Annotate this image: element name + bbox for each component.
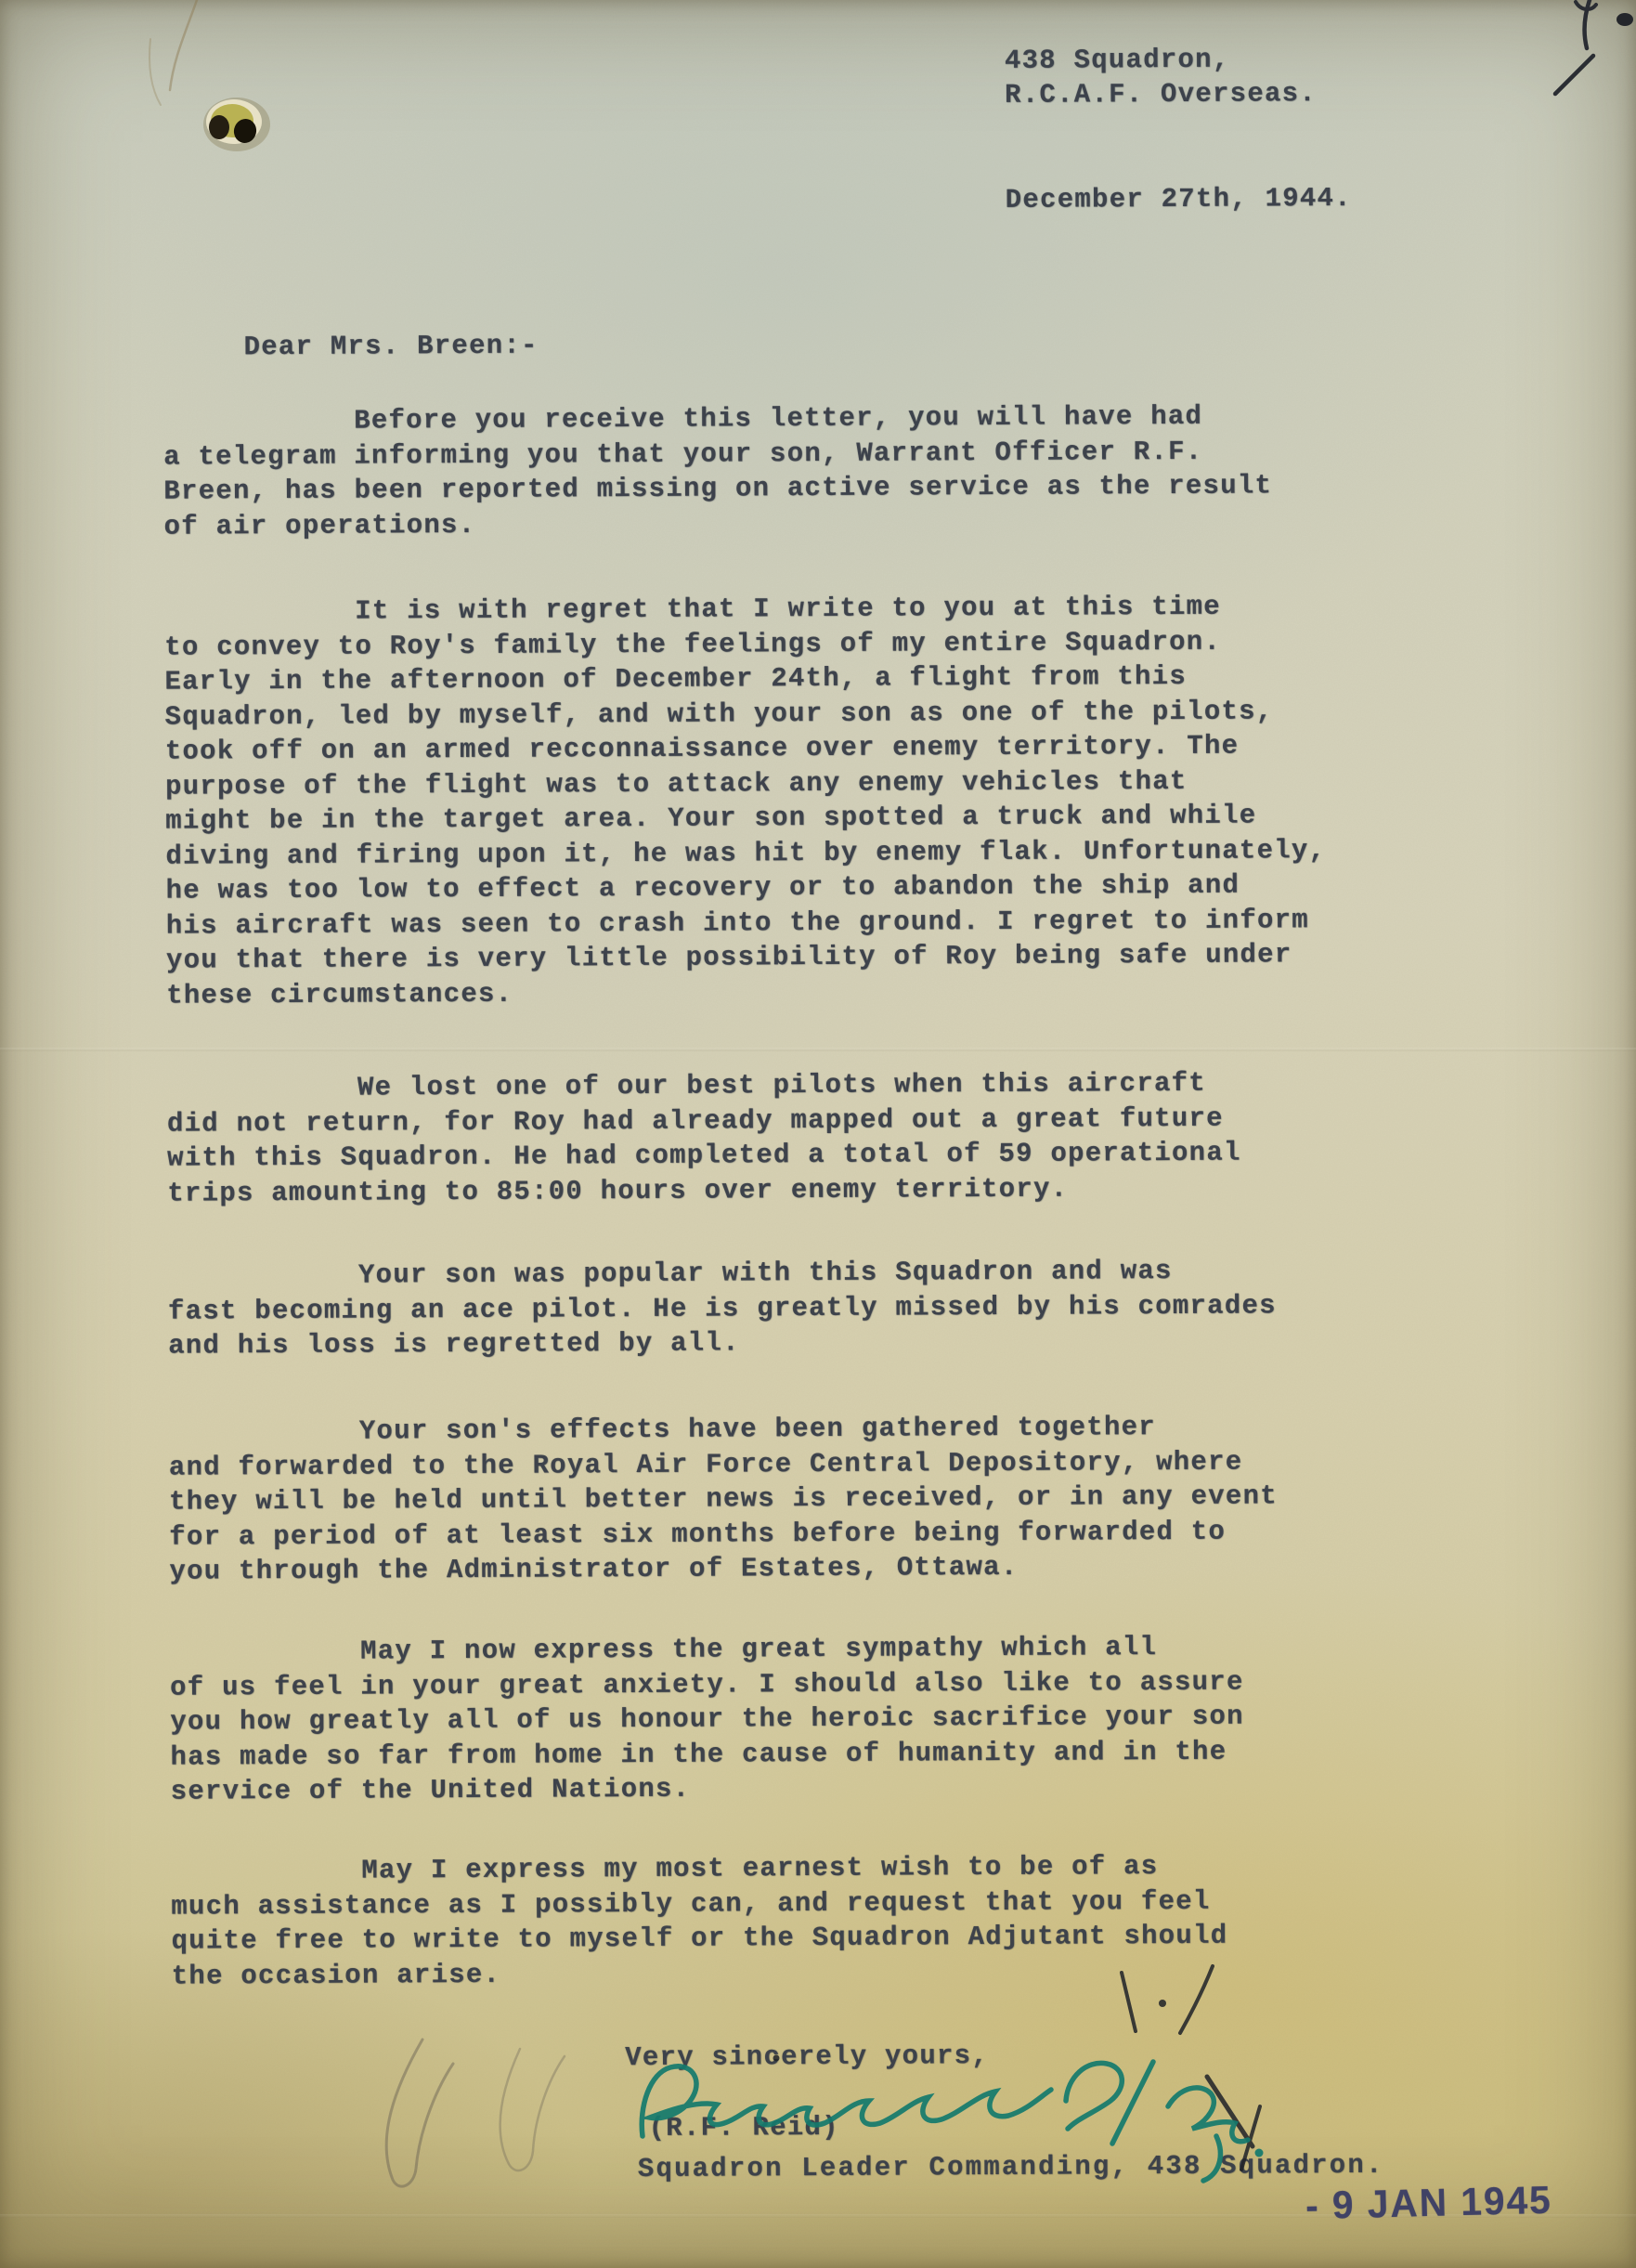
body-paragraph-4: Your son was popular with this Squadron …: [168, 1253, 1277, 1363]
received-date-stamp: - 9 JAN 1945: [1305, 2178, 1553, 2228]
body-paragraph-5: Your son's effects have been gathered to…: [169, 1409, 1279, 1589]
body-paragraph-6: May I now express the great sympathy whi…: [170, 1630, 1244, 1810]
body-paragraph-3: We lost one of our best pilots when this…: [167, 1066, 1241, 1211]
body-paragraph-2: It is with regret that I write to you at…: [164, 589, 1327, 1013]
salutation: Dear Mrs. Breen:-: [243, 329, 538, 365]
sender-address-line2: R.C.A.F. Overseas.: [1005, 76, 1317, 112]
letter-date: December 27th, 1944.: [1006, 181, 1352, 217]
typed-signer-name: (R.F. Reid): [649, 2110, 839, 2146]
valediction: Very sincerely yours,: [625, 2039, 989, 2076]
letter-text-layer: 438 Squadron, R.C.A.F. Overseas. Decembe…: [0, 0, 1636, 2268]
body-paragraph-1: Before you receive this letter, you will…: [163, 398, 1273, 543]
scanned-letter-page: 438 Squadron, R.C.A.F. Overseas. Decembe…: [0, 0, 1636, 2268]
signer-title: Squadron Leader Commanding, 438 Squadron…: [638, 2148, 1384, 2187]
body-paragraph-7: May I express my most earnest wish to be…: [171, 1849, 1228, 1994]
sender-address-line1: 438 Squadron,: [1005, 43, 1230, 79]
